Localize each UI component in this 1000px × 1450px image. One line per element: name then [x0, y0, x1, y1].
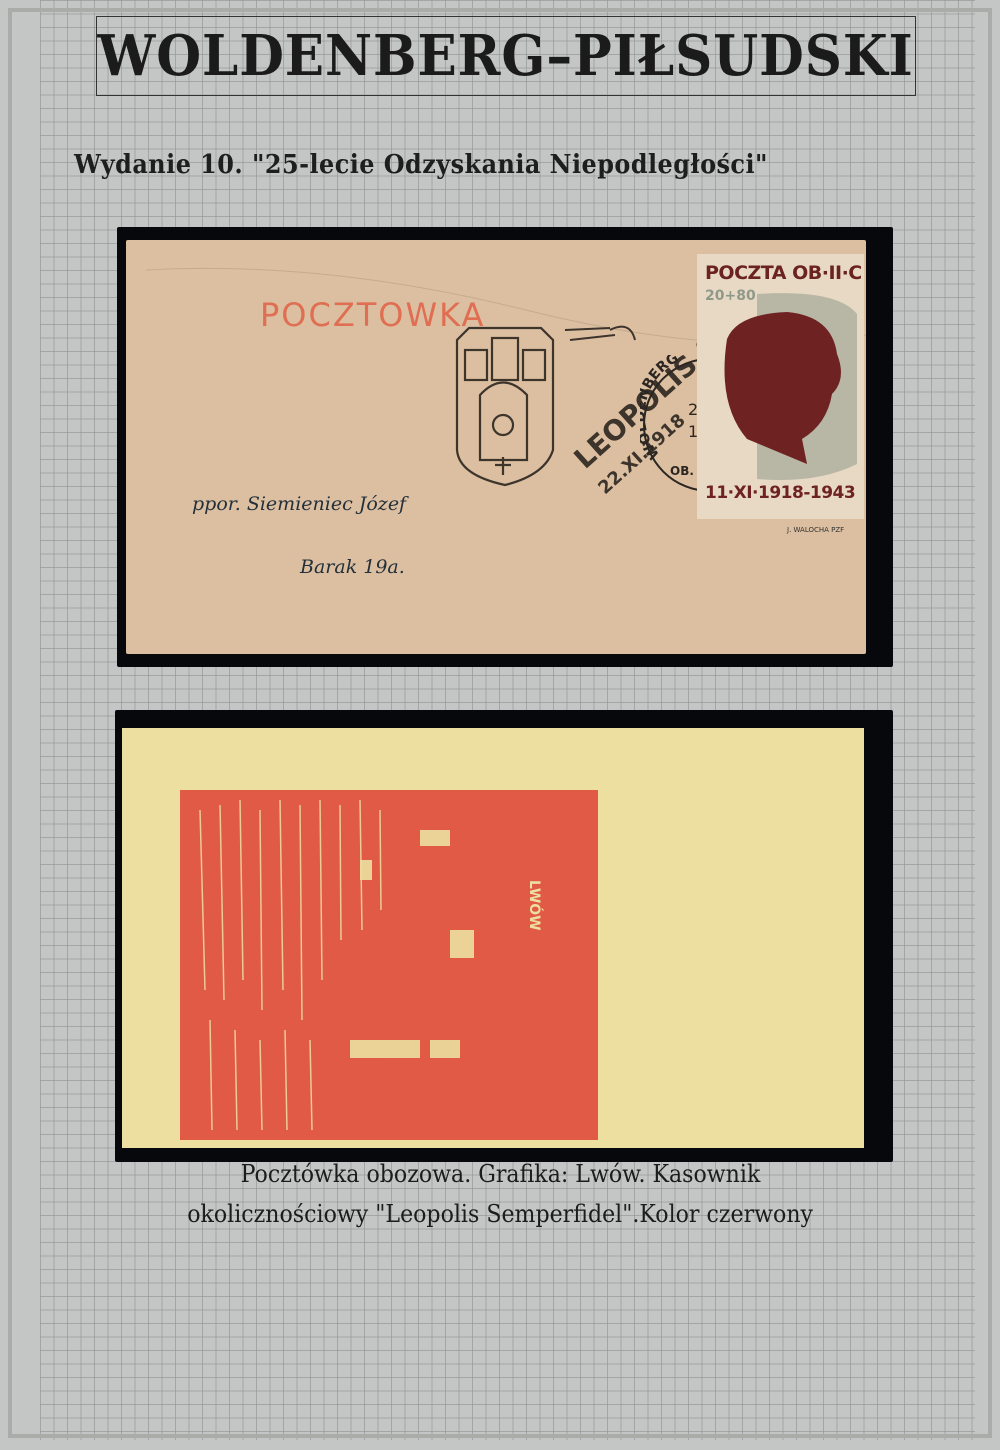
- page-title: WOLDENBERG–PIŁSUDSKI: [98, 23, 914, 89]
- caption-line-1: Pocztówka obozowa. Grafika: Lwów. Kasown…: [0, 1160, 1000, 1188]
- stamp-bottom-text: 11·XI·1918-1943: [705, 483, 855, 503]
- stamp-designer: J. WALOCHA PZF: [787, 526, 844, 534]
- svg-text:WOLDENBERG: WOLDENBERG: [640, 355, 681, 462]
- caption-line-2: okolicznościowy "Leopolis Semperfidel".K…: [0, 1200, 1000, 1228]
- title-box: WOLDENBERG–PIŁSUDSKI: [96, 16, 916, 96]
- svg-text:LWÓW: LWÓW: [526, 880, 544, 931]
- lwow-church-tower-icon: LWÓW: [180, 790, 598, 1140]
- address-line-1: ppor. Siemieniec Józef: [192, 493, 406, 515]
- pilsudski-stamp: POCZTA OB·II·C 20+80 11·XI·1918-1943: [697, 254, 864, 519]
- pilsudski-portrait-icon: [697, 254, 864, 519]
- lwow-woodcut-illustration: LWÓW: [180, 790, 598, 1140]
- page-subtitle: Wydanie 10. "25-lecie Odzyskania Niepodl…: [74, 150, 768, 180]
- address-line-2: Barak 19a.: [300, 556, 405, 578]
